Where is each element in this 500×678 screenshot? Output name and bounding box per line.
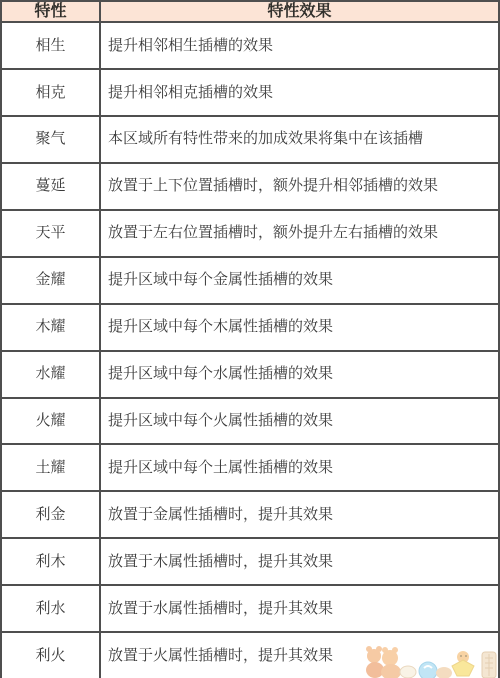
table-row: 土耀提升区域中每个土属性插槽的效果: [2, 443, 498, 490]
effect-cell: 提升相邻相生插槽的效果: [101, 23, 498, 68]
table-row: 利金放置于金属性插槽时，提升其效果: [2, 490, 498, 537]
screenshot-root: 特性 特性效果 相生提升相邻相生插槽的效果相克提升相邻相克插槽的效果聚气本区域所…: [0, 0, 500, 678]
effect-cell: 提升区域中每个火属性插槽的效果: [101, 399, 498, 444]
table-row: 天平放置于左右位置插槽时，额外提升左右插槽的效果: [2, 209, 498, 256]
trait-cell: 利金: [2, 492, 101, 537]
trait-cell: 金耀: [2, 258, 101, 303]
effect-cell: 放置于水属性插槽时，提升其效果: [101, 586, 498, 631]
table-row: 利水放置于水属性插槽时，提升其效果: [2, 584, 498, 631]
table-header: 特性 特性效果: [2, 2, 498, 21]
table-row: 木耀提升区域中每个木属性插槽的效果: [2, 303, 498, 350]
table-row: 金耀提升区域中每个金属性插槽的效果: [2, 256, 498, 303]
trait-cell: 相生: [2, 23, 101, 68]
trait-cell: 利火: [2, 633, 101, 678]
table-row: 利火放置于火属性插槽时，提升其效果: [2, 631, 498, 678]
header-row: 特性 特性效果: [2, 2, 498, 21]
effect-cell: 放置于左右位置插槽时，额外提升左右插槽的效果: [101, 211, 498, 256]
trait-cell: 木耀: [2, 305, 101, 350]
trait-cell: 蔓延: [2, 164, 101, 209]
table-row: 相生提升相邻相生插槽的效果: [2, 21, 498, 68]
effect-cell: 放置于金属性插槽时，提升其效果: [101, 492, 498, 537]
table-row: 利木放置于木属性插槽时，提升其效果: [2, 537, 498, 584]
table-row: 水耀提升区域中每个水属性插槽的效果: [2, 350, 498, 397]
trait-cell: 火耀: [2, 399, 101, 444]
effect-cell: 本区域所有特性带来的加成效果将集中在该插槽: [101, 117, 498, 162]
table-row: 火耀提升区域中每个火属性插槽的效果: [2, 397, 498, 444]
effect-cell: 提升区域中每个水属性插槽的效果: [101, 352, 498, 397]
table-row: 聚气本区域所有特性带来的加成效果将集中在该插槽: [2, 115, 498, 162]
trait-cell: 利水: [2, 586, 101, 631]
effect-cell: 放置于火属性插槽时，提升其效果: [101, 633, 498, 678]
table-body: 相生提升相邻相生插槽的效果相克提升相邻相克插槽的效果聚气本区域所有特性带来的加成…: [2, 21, 498, 678]
effect-cell: 提升相邻相克插槽的效果: [101, 70, 498, 115]
trait-cell: 水耀: [2, 352, 101, 397]
effect-cell: 提升区域中每个金属性插槽的效果: [101, 258, 498, 303]
table-row: 相克提升相邻相克插槽的效果: [2, 68, 498, 115]
header-trait-cell: 特性: [2, 2, 101, 21]
trait-cell: 土耀: [2, 445, 101, 490]
table-row: 蔓延放置于上下位置插槽时，额外提升相邻插槽的效果: [2, 162, 498, 209]
trait-table: 特性 特性效果 相生提升相邻相生插槽的效果相克提升相邻相克插槽的效果聚气本区域所…: [0, 0, 500, 678]
effect-cell: 提升区域中每个土属性插槽的效果: [101, 445, 498, 490]
trait-cell: 聚气: [2, 117, 101, 162]
trait-cell: 天平: [2, 211, 101, 256]
header-effect-cell: 特性效果: [101, 2, 498, 21]
trait-cell: 相克: [2, 70, 101, 115]
effect-cell: 放置于上下位置插槽时，额外提升相邻插槽的效果: [101, 164, 498, 209]
trait-cell: 利木: [2, 539, 101, 584]
effect-cell: 放置于木属性插槽时，提升其效果: [101, 539, 498, 584]
effect-cell: 提升区域中每个木属性插槽的效果: [101, 305, 498, 350]
